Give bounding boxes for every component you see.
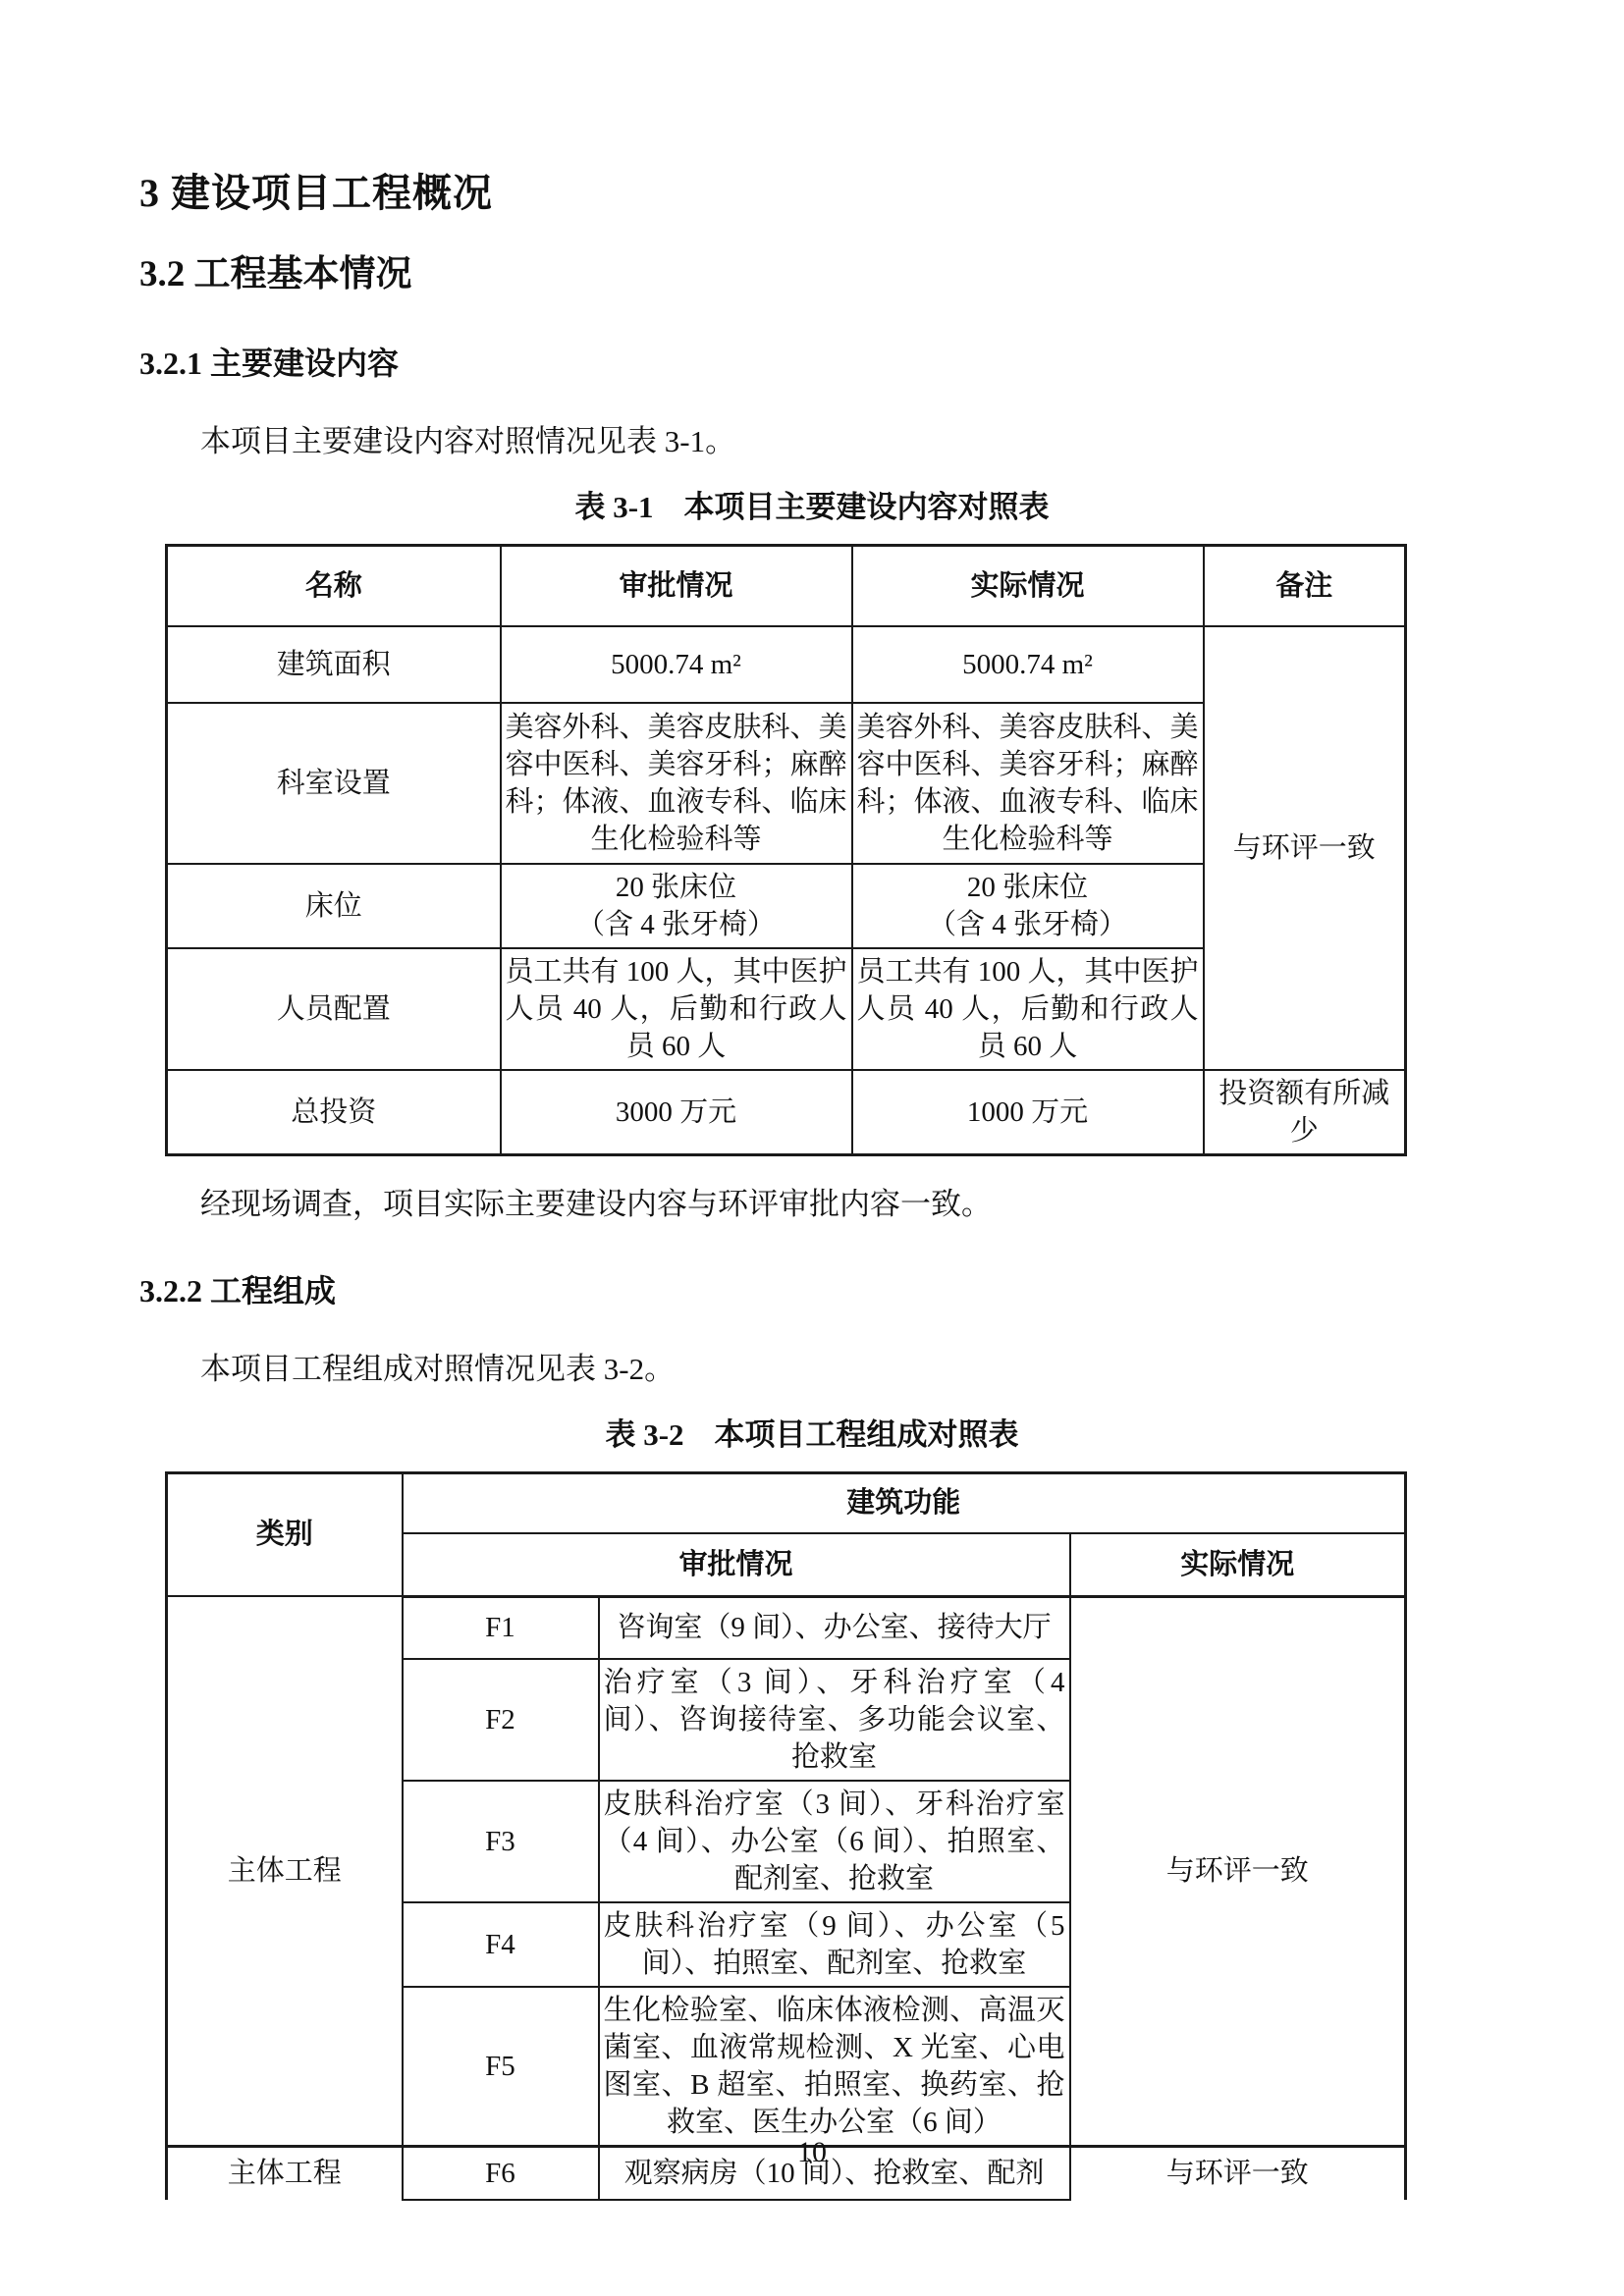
table1-row4-name: 人员配置 (167, 948, 501, 1070)
page-content: 3 建设项目工程概况 3.2 工程基本情况 3.2.1 主要建设内容 本项目主要… (0, 0, 1624, 2201)
subsection-heading-main-construction: 3.2.1 主要建设内容 (139, 343, 1485, 384)
table2-row-f3-code: F3 (403, 1781, 599, 1902)
table-row: 主体工程 F1 咨询室（9 间）、办公室、接待大厅 与环评一致 (167, 1596, 1406, 1659)
table1-row2-actual: 美容外科、美容皮肤科、美容中医科、美容牙科；麻醉科；体液、血液专科、临床生化检验… (852, 703, 1204, 864)
table2-row-f2-desc: 治疗室（3 间）、牙科治疗室（4 间）、咨询接待室、多功能会议室、抢救室 (599, 1659, 1070, 1781)
table2-row-f2-code: F2 (403, 1659, 599, 1781)
table1-header-row: 名称 审批情况 实际情况 备注 (167, 546, 1406, 626)
table2-header-row1: 类别 建筑功能 (167, 1472, 1406, 1533)
table1-header-remark: 备注 (1204, 546, 1406, 626)
table-row: 建筑面积 5000.74 m² 5000.74 m² 与环评一致 (167, 626, 1406, 703)
table1-row3-name: 床位 (167, 864, 501, 948)
document-page: 3 建设项目工程概况 3.2 工程基本情况 3.2.1 主要建设内容 本项目主要… (0, 0, 1624, 2296)
table1-row1-actual: 5000.74 m² (852, 626, 1204, 703)
table2-row-f4-desc: 皮肤科治疗室（9 间）、办公室（5 间）、拍照室、配剂室、抢救室 (599, 1902, 1070, 1987)
table1-row5-approved: 3000 万元 (501, 1070, 852, 1155)
table1-row5-remark: 投资额有所减少 (1204, 1070, 1406, 1155)
table2-merged-actual: 与环评一致 (1070, 1596, 1406, 2147)
table2-row-f3-desc: 皮肤科治疗室（3 间）、牙科治疗室（4 间）、办公室（6 间）、拍照室、配剂室、… (599, 1781, 1070, 1902)
table1-header-actual: 实际情况 (852, 546, 1204, 626)
table1-row3-approved: 20 张床位 （含 4 张牙椅） (501, 864, 852, 948)
table2-row-f5-code: F5 (403, 1987, 599, 2147)
table2-project-composition-comparison: 类别 建筑功能 审批情况 实际情况 主体工程 F1 咨询室（9 间）、办公室、接… (165, 1471, 1407, 2201)
table1-row5-actual: 1000 万元 (852, 1070, 1204, 1155)
page-number: 10 (0, 2136, 1624, 2169)
table1-row5-name: 总投资 (167, 1070, 501, 1155)
table-row: 总投资 3000 万元 1000 万元 投资额有所减少 (167, 1070, 1406, 1155)
table1-row4-actual: 员工共有 100 人，其中医护人员 40 人，后勤和行政人员 60 人 (852, 948, 1204, 1070)
table1-caption: 表 3-1 本项目主要建设内容对照表 (139, 488, 1485, 527)
table2-category-main-works: 主体工程 (167, 1596, 403, 2147)
table1-main-construction-comparison: 名称 审批情况 实际情况 备注 建筑面积 5000.74 m² 5000.74 … (165, 544, 1407, 1156)
table1-header-name: 名称 (167, 546, 501, 626)
table1-row4-approved: 员工共有 100 人，其中医护人员 40 人，后勤和行政人员 60 人 (501, 948, 852, 1070)
table1-merged-remark: 与环评一致 (1204, 626, 1406, 1070)
paragraph-intro-table2: 本项目工程组成对照情况见表 3-2。 (139, 1349, 1485, 1390)
table1-row1-name: 建筑面积 (167, 626, 501, 703)
chapter-heading: 3 建设项目工程概况 (139, 169, 1485, 218)
table2-row-f1-code: F1 (403, 1596, 599, 1659)
table2-row-f4-code: F4 (403, 1902, 599, 1987)
paragraph-intro-table1: 本项目主要建设内容对照情况见表 3-1。 (139, 421, 1485, 462)
table1-row2-name: 科室设置 (167, 703, 501, 864)
table2-row-f5-desc: 生化检验室、临床体液检测、高温灭菌室、血液常规检测、X 光室、心电图室、B 超室… (599, 1987, 1070, 2147)
table1-row3-actual: 20 张床位 （含 4 张牙椅） (852, 864, 1204, 948)
table2-header-category: 类别 (167, 1472, 403, 1596)
table1-row1-approved: 5000.74 m² (501, 626, 852, 703)
table2-row-f1-desc: 咨询室（9 间）、办公室、接待大厅 (599, 1596, 1070, 1659)
table2-caption: 表 3-2 本项目工程组成对照表 (139, 1415, 1485, 1455)
table2-header-actual: 实际情况 (1070, 1533, 1406, 1596)
table1-row2-approved: 美容外科、美容皮肤科、美容中医科、美容牙科；麻醉科；体液、血液专科、临床生化检验… (501, 703, 852, 864)
table2-header-approved: 审批情况 (403, 1533, 1070, 1596)
section-heading: 3.2 工程基本情况 (139, 251, 1485, 297)
table2-header-function: 建筑功能 (403, 1472, 1406, 1533)
subsection-heading-project-composition: 3.2.2 工程组成 (139, 1270, 1485, 1311)
paragraph-survey-conclusion: 经现场调查，项目实际主要建设内容与环评审批内容一致。 (139, 1184, 1485, 1225)
table1-header-approved: 审批情况 (501, 546, 852, 626)
